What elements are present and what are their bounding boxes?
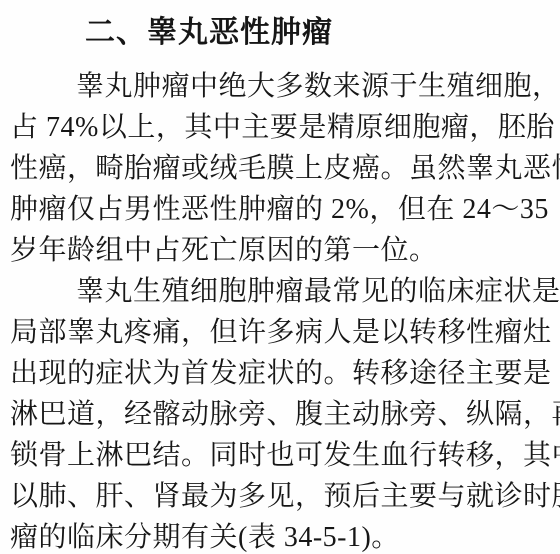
section-heading: 二、睾丸恶性肿瘤 <box>0 0 560 52</box>
text-line: 岁年龄组中占死亡原因的第一位。 <box>0 230 560 271</box>
body-text: 睾丸肿瘤中绝大多数来源于生殖细胞， 占 74%以上，其中主要是精原细胞瘤，胚胎 … <box>0 52 560 554</box>
text-line: 淋巴道，经髂动脉旁、腹主动脉旁、纵隔，再到 <box>0 394 560 435</box>
paragraph-symptoms-metastasis: 睾丸生殖细胞肿瘤最常见的临床症状是 局部睾丸疼痛，但许多病人是以转移性瘤灶 出现… <box>0 271 560 554</box>
text-line: 性癌，畸胎瘤或绒毛膜上皮癌。虽然睾丸恶性 <box>0 148 560 189</box>
text-line: 占 74%以上，其中主要是精原细胞瘤，胚胎 <box>0 107 560 148</box>
text-line: 睾丸肿瘤中绝大多数来源于生殖细胞， <box>0 66 560 107</box>
text-line: 肿瘤仅占男性恶性肿瘤的 2%，但在 24～35 <box>0 189 560 230</box>
text-line: 局部睾丸疼痛，但许多病人是以转移性瘤灶 <box>0 312 560 353</box>
text-line: 瘤的临床分期有关(表 34-5-1)。 <box>0 517 560 554</box>
book-page: 二、睾丸恶性肿瘤 睾丸肿瘤中绝大多数来源于生殖细胞， 占 74%以上，其中主要是… <box>0 0 560 554</box>
text-line: 锁骨上淋巴结。同时也可发生血行转移，其中 <box>0 435 560 476</box>
text-line: 出现的症状为首发症状的。转移途径主要是 <box>0 353 560 394</box>
text-line: 睾丸生殖细胞肿瘤最常见的临床症状是 <box>0 271 560 312</box>
paragraph-overview: 睾丸肿瘤中绝大多数来源于生殖细胞， 占 74%以上，其中主要是精原细胞瘤，胚胎 … <box>0 66 560 271</box>
text-line: 以肺、肝、肾最为多见，预后主要与就诊时肿 <box>0 476 560 517</box>
